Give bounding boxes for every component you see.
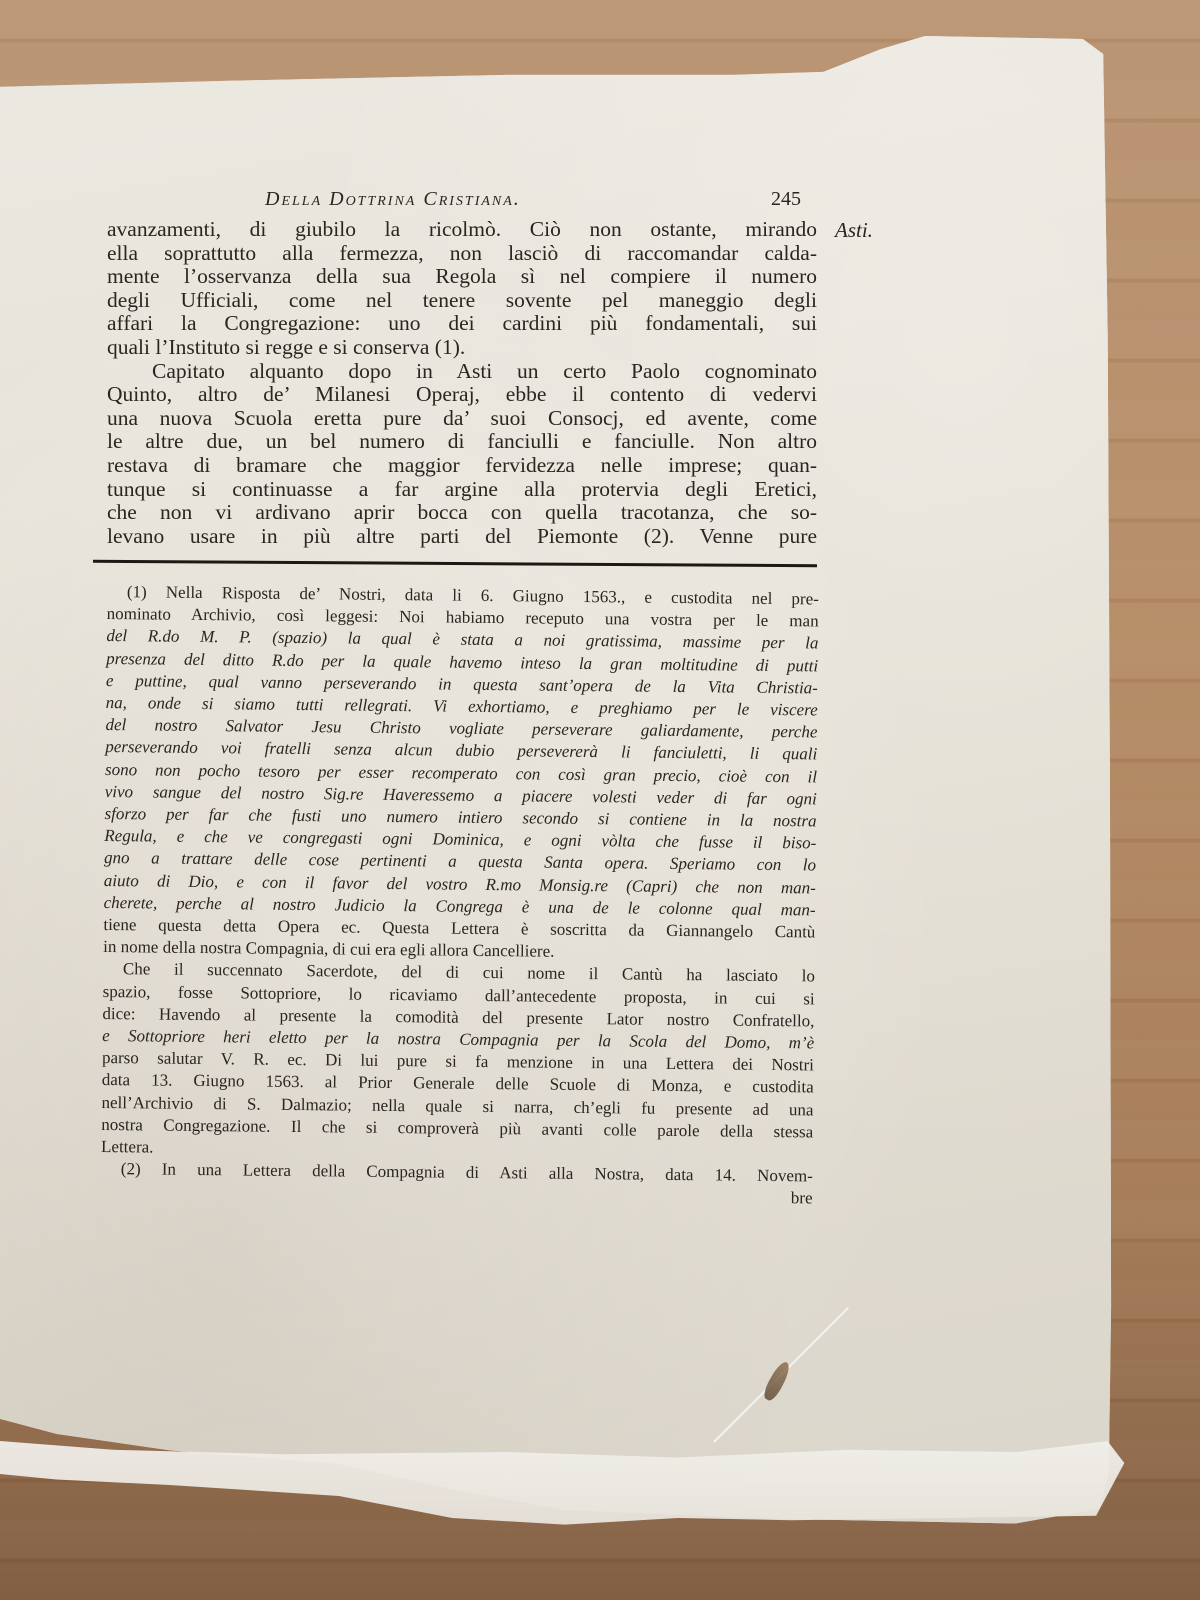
body-line: affari la Congregazione: uno dei cardini… [107, 312, 817, 336]
running-title: Della Dottrina Cristiana. [265, 188, 521, 211]
body-line: avanzamenti, di giubilo la ricolmò. Ciò … [107, 218, 817, 242]
footnote-2: (2) In una Lettera della Compagnia di As… [100, 1159, 830, 1211]
body-line: Quinto, altro de’ Milanesi Operaj, ebbe … [107, 383, 817, 407]
page-content: Della Dottrina Cristiana. 245 Asti. avan… [107, 188, 837, 1203]
body-line: una nuova Scuola eretta pure da’ suoi Co… [107, 407, 817, 431]
body-line: degli Ufficiali, come nel tenere sovente… [107, 289, 817, 313]
main-body-text: avanzamenti, di giubilo la ricolmò. Ciò … [107, 218, 837, 548]
body-line: quali l’Instituto si regge e si conserva… [107, 336, 817, 360]
body-line: levano usare in più altre parti del Piem… [107, 525, 817, 549]
body-line: ella soprattutto alla fermezza, non lasc… [107, 242, 817, 266]
body-line: Capitato alquanto dopo in Asti un certo … [107, 360, 817, 384]
body-line: mente l’osservanza della sua Regola sì n… [107, 265, 817, 289]
body-line: restava di bramare che maggior fervidezz… [107, 454, 817, 478]
body-line: che non vi ardivano aprir bocca con quel… [107, 501, 817, 525]
footnotes: (1) Nella Risposta de’ Nostri, data li 6… [100, 581, 836, 1210]
footnote-separator-rule [93, 560, 817, 567]
margin-note: Asti. [835, 218, 873, 243]
footnote-1: (1) Nella Risposta de’ Nostri, data li 6… [101, 581, 837, 1166]
body-line: le altre due, un bel numero di fanciulli… [107, 430, 817, 454]
page-number: 245 [771, 188, 801, 211]
body-line: tunque si continuasse a far argine alla … [107, 478, 817, 502]
running-head: Della Dottrina Cristiana. 245 Asti. [107, 188, 837, 218]
